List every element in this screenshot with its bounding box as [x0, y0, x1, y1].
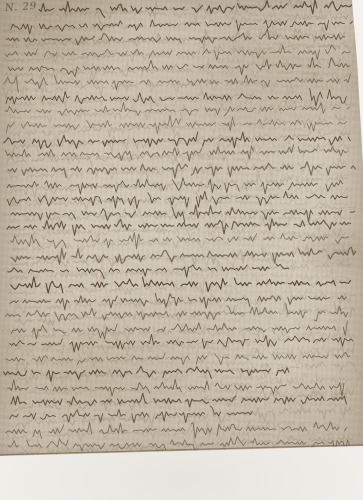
- scanned-letter: N. 29: [0, 0, 363, 500]
- paper-bottom-edge: [0, 445, 363, 455]
- ink-layer: [4, 0, 356, 454]
- letter-page: N. 29: [0, 0, 363, 457]
- handwriting-text: [0, 0, 363, 457]
- page-number-inscription: N. 29: [5, 1, 38, 14]
